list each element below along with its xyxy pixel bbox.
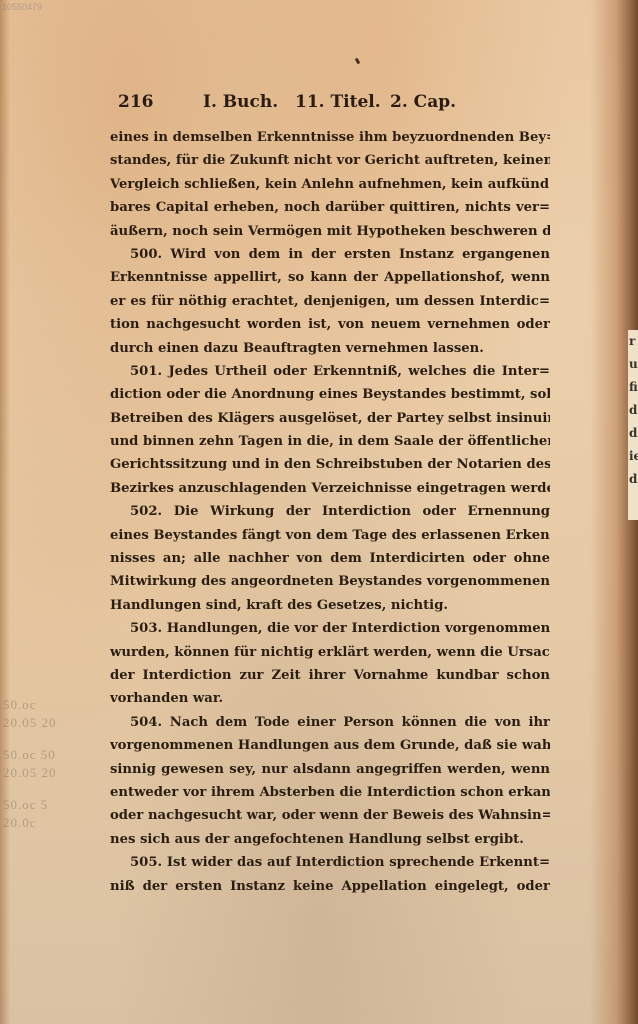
text-line: Mitwirkung des angeordneten Beystandes v… (110, 570, 550, 593)
paragraph-503-start: 503. Handlungen, die vor der Interdictio… (110, 617, 550, 640)
edge-fragment: ie (628, 445, 638, 468)
bleed-through-text: 50.oc 20.05 20 (3, 696, 93, 732)
text-line: Erkenntnisse appellirt, so kann der Appe… (110, 266, 550, 289)
text-line: Bezirkes anzuschlagenden Verzeichnisse e… (110, 477, 550, 500)
edge-fragment: u (628, 353, 638, 376)
text-line: eines in demselben Erkenntnisse ihm beyz… (110, 126, 550, 149)
text-line: wurden, können für nichtig erklärt werde… (110, 641, 550, 664)
text-line: Vergleich schließen, kein Anlehn aufnehm… (110, 173, 550, 196)
text-line: tion nachgesucht worden ist, von neuem v… (110, 313, 550, 336)
scan-id-stamp: 10550479 (2, 2, 42, 12)
bleed-line: 50.oc 5 (3, 796, 93, 814)
text-line: durch einen dazu Beauftragten vernehmen … (110, 337, 550, 360)
header-chapter: 2. Cap. (390, 92, 456, 112)
text-line: und binnen zehn Tagen in die, in dem Saa… (110, 430, 550, 453)
text-line: Handlungen sind, kraft des Gesetzes, nic… (110, 594, 550, 617)
text-line: Gerichtssitzung und in den Schreibstuben… (110, 453, 550, 476)
bleed-line: 20.0c (3, 814, 93, 832)
text-line: eines Beystandes fängt von dem Tage des … (110, 524, 550, 547)
bleed-line: 50.oc (3, 696, 93, 714)
text-line: äußern, noch sein Vermögen mit Hypotheke… (110, 220, 550, 243)
bleed-line: 50.oc 50 (3, 746, 93, 764)
bleed-through-text: 50.oc 5 20.0c (3, 796, 93, 832)
header-title: 11. Titel. (295, 92, 390, 112)
paragraph-500-start: 500. Wird von dem in der ersten Instanz … (110, 243, 550, 266)
page-number: 216 (118, 92, 203, 112)
scanned-page: 10550479 216 I. Buch. 11. Titel. 2. Cap.… (0, 0, 638, 1024)
paragraph-505-start: 505. Ist wider das auf Interdiction spre… (110, 851, 550, 874)
paragraph-501-start: 501. Jedes Urtheil oder Erkenntniß, welc… (110, 360, 550, 383)
edge-fragment: r (628, 330, 638, 353)
text-line: der Interdiction zur Zeit ihrer Vornahme… (110, 664, 550, 687)
text-line: er es für nöthig erachtet, denjenigen, u… (110, 290, 550, 313)
text-line: Betreiben des Klägers ausgelöset, der Pa… (110, 407, 550, 430)
running-header: 216 I. Buch. 11. Titel. 2. Cap. (118, 92, 558, 112)
text-line: nisses an; alle nachher von dem Interdic… (110, 547, 550, 570)
text-line: standes, für die Zukunft nicht vor Geric… (110, 149, 550, 172)
text-line: vorgenommenen Handlungen aus dem Grunde,… (110, 734, 550, 757)
paragraph-502-start: 502. Die Wirkung der Interdiction oder E… (110, 500, 550, 523)
text-line: diction oder die Anordnung eines Beystan… (110, 383, 550, 406)
bleed-line: 20.05 20 (3, 764, 93, 782)
ink-speck (355, 58, 361, 65)
page-left-edge (0, 0, 10, 1024)
paragraph-504-start: 504. Nach dem Tode einer Person können d… (110, 711, 550, 734)
bleed-line: 20.05 20 (3, 714, 93, 732)
text-line: nes sich aus der angefochtenen Handlung … (110, 828, 550, 851)
header-book: I. Buch. (203, 92, 295, 112)
body-text: eines in demselben Erkenntnisse ihm beyz… (110, 126, 550, 898)
adjacent-page-edge: r u fi d d ie d (628, 330, 638, 520)
edge-fragment: d (628, 399, 638, 422)
edge-fragment: d (628, 468, 638, 491)
bleed-through-text: 50.oc 50 20.05 20 (3, 746, 93, 782)
text-line: niß der ersten Instanz keine Appellation… (110, 875, 550, 898)
edge-fragment: d (628, 422, 638, 445)
edge-fragment: fi (628, 376, 638, 399)
text-line: entweder vor ihrem Absterben die Interdi… (110, 781, 550, 804)
text-line: bares Capital erheben, noch darüber quit… (110, 196, 550, 219)
text-line: oder nachgesucht war, oder wenn der Bewe… (110, 804, 550, 827)
text-line: sinnig gewesen sey, nur alsdann angegrif… (110, 758, 550, 781)
text-line: vorhanden war. (110, 687, 550, 710)
